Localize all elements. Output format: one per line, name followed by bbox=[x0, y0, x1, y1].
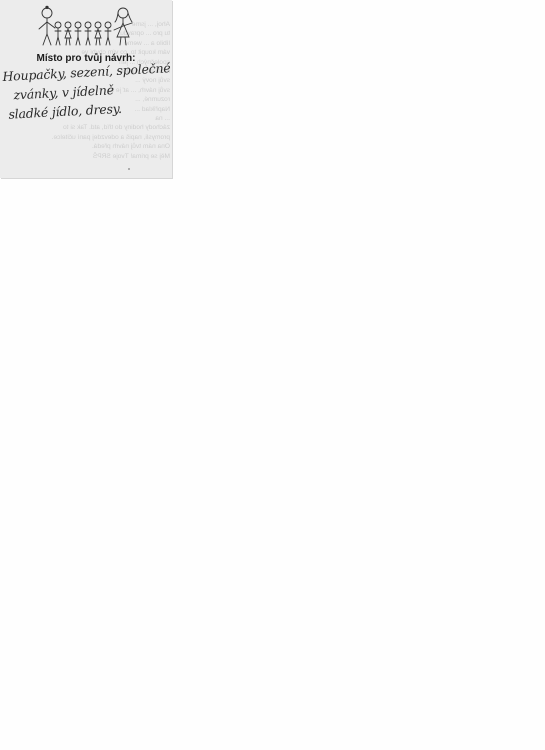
blank-page-area bbox=[172, 0, 545, 750]
handwritten-answer: Houpačky, sezení, společné zvánky, v jíd… bbox=[2, 58, 172, 124]
stick-figure-family-icon bbox=[36, 4, 136, 48]
scanned-card: Ahoj, ... jsme tu pro ... opravdu líbilo… bbox=[0, 0, 172, 178]
scan-speck bbox=[128, 168, 130, 170]
